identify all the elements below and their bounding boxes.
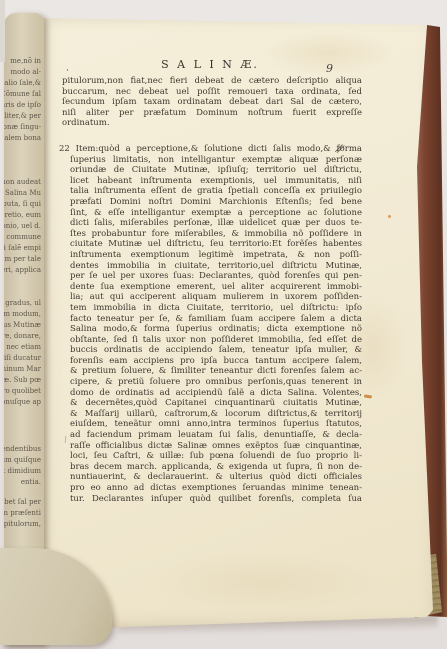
text-line: loci, ſeu Caſtri, & uillæ: ſub pœna ſolu…: [70, 451, 362, 462]
text-line: licet habeant inſtrumenta exemptionis, u…: [70, 176, 362, 187]
text-line: præfati Domini noſtri Domini Marchionis …: [70, 197, 362, 208]
text-line: niſi aliter per præfatum Dominum noſtrum…: [62, 108, 362, 119]
verso-fragment-line: onuſque ap: [4, 398, 41, 406]
verso-fragment-line: uronio, uel d.: [4, 222, 41, 230]
text-line: pitulorum,non fiat,nec fieri debeat de c…: [62, 76, 362, 87]
text-line: & Maſſarij uillarũ, caſtrorum,& locorum …: [70, 409, 362, 420]
text-line: lia; aut qui acciperent aliquam mulierem…: [70, 292, 362, 303]
verso-fragment-line: me,nõ in: [10, 57, 41, 65]
verso-fragment-line: um quiſque: [4, 456, 41, 464]
paper-stain: [148, 552, 378, 612]
verso-fragment-line: pretio, eum: [4, 211, 41, 219]
verso-fragment-line: Salina Mu: [5, 189, 41, 197]
text-line: per ſe uel per uxores ſuas: Declarantes,…: [70, 271, 362, 282]
text-line: talia inſtrumenta eſſent de gratia ſpeti…: [70, 186, 362, 197]
text-line: ad faciendum primam leuatam ſui ſalis, d…: [70, 430, 362, 441]
verso-fragment-line: alem bona: [4, 134, 41, 142]
text-line: bras decem march. applicanda, & exigenda…: [70, 462, 362, 473]
text-line: dicti ſalis, miſerabiles perſonæ, illæ u…: [70, 218, 362, 229]
text-line: eiuſdem, teneãtur omni anno,intra termin…: [70, 419, 362, 430]
text-line: ſtes probabuntur fore miſerabiles, & imm…: [70, 229, 362, 240]
photo-backdrop: ʻ S A L I N Æ. 9 pitulorum,non fiat,nec …: [0, 0, 447, 649]
text-line: ſecundum ipſam taxam ordinatam debeat da…: [62, 97, 362, 108]
verso-fragment-line: e, niſi ducatur: [4, 354, 41, 362]
text-line: & pretium ſoluere, & ſimiliter teneantur…: [70, 366, 362, 377]
foxing-spot: [364, 394, 372, 398]
text-line: 22 Item:quòd a perceptione,& ſolutione d…: [70, 144, 362, 155]
verso-fragment-line: aliter,& per: [4, 112, 41, 120]
text-line: tem immobilia in dicta Ciuitate, territo…: [70, 303, 362, 314]
recto-page: ʻ S A L I N Æ. 9 pitulorum,non fiat,nec …: [28, 12, 442, 632]
text-line: domo de ordinatis ad accipiendũ ſalẽ a d…: [70, 388, 362, 399]
verso-fragment-line: entia.: [21, 478, 41, 486]
paragraph-continuation: pitulorum,non fiat,nec fieri debeat de c…: [62, 76, 362, 129]
text-line: facto teneatur per ſe, & familiam ſuam a…: [70, 314, 362, 325]
verso-fragment-line: ceri, applica: [4, 266, 41, 274]
text-line: buccis ordinatis de accipiendo ſalem, te…: [70, 345, 362, 356]
text-line: & decernẽtes,quòd Capitanei cinquantinar…: [70, 398, 362, 409]
verso-fragment-line: utinæ. Sub pœ: [4, 376, 41, 384]
text-line: pro eo anno ad dictas exemptiones ſeruan…: [70, 483, 362, 494]
paragraph-item-22: 22 Item:quòd a perceptione,& ſolutione d…: [59, 144, 362, 504]
text-line: obſtante, ſed ſi talis uxor non poſſider…: [70, 335, 362, 346]
text-line: inſtrumenta exemptionum legitimè impetra…: [70, 250, 362, 261]
verso-fragment-line: utare, donare,: [4, 332, 41, 340]
text-line: Salina modo,& forma ſuperius ordinatis; …: [70, 324, 362, 335]
text-line: buccarum, nec debeat uel poſſit remoueri…: [62, 87, 362, 98]
verso-fragment-line: um per tale: [4, 255, 41, 263]
verso-fragment-line: cendentibus: [4, 445, 41, 453]
page-number: 9: [326, 62, 333, 75]
text-line: nuntiauerint, & declarauerint. & ulteriu…: [70, 472, 362, 483]
verso-fragment-line: m præſenti: [4, 509, 41, 517]
text-line: dentes immobilia in ciuitate, territorio…: [70, 261, 362, 272]
verso-fragment-line: non audeat: [4, 178, 41, 186]
text-line: ſint, & eſſe intelligantur exemptæ a per…: [70, 208, 362, 219]
verso-fragment-line: alio ſale,&: [4, 79, 41, 87]
text-line: cipere, & pretiũ ſoluere pro omnibus per…: [70, 377, 362, 388]
verso-fragment-line: m commune: [4, 233, 41, 241]
foxing-spot: [388, 215, 391, 218]
verso-fragment-line: onæ ſingu-: [4, 123, 41, 131]
running-header: S A L I N Æ.: [58, 58, 362, 71]
verso-fragment-line: di ſalẽ empi: [4, 244, 41, 252]
text-line: forenſis eam accipiens pro ipſa bucca ta…: [70, 356, 362, 367]
verso-fragment-line: ot dimidium: [4, 467, 41, 475]
text-line: ſuperius limitatis, non intelligantur ex…: [70, 155, 362, 166]
backdrop-gap: [0, 0, 5, 62]
verso-fragment-line: ferre, nec etiam: [4, 343, 41, 351]
text-line: oriundæ de Ciuitate Mutinæ, ipſiuſq; ter…: [70, 165, 362, 176]
verso-fragment-line: Dominum Mar: [4, 365, 41, 373]
text-line: raſſe officialibus dictæ Salinæ omnes ex…: [70, 441, 362, 452]
verso-fragment-line: h. pro quolibet: [4, 387, 41, 395]
verso-fragment-line: quem modum,: [4, 310, 41, 318]
verso-fragment-line: trictus Mutinæ: [4, 321, 41, 329]
text-line: ordinatum.: [62, 118, 362, 129]
verso-fragment-line: puta, ſi qui: [4, 200, 41, 208]
verso-fragment-line: modo al-: [10, 68, 41, 76]
text-line: ciuitate Mutinæ uel diſtrictu, ſeu terri…: [70, 239, 362, 250]
text-line: dente ſua exemptione emerent, uel aliter…: [70, 282, 362, 293]
verso-fragment-line: laris de ipſo: [4, 101, 41, 109]
verso-fragment-line: ebet ſal per: [4, 498, 41, 506]
verso-fragment-line: pitulorum,: [4, 520, 41, 528]
verso-fragment-line: que gradus, ul: [4, 299, 41, 307]
text-line: tur. Declarantes inſuper quòd quilibet f…: [70, 494, 362, 505]
verso-fragment-line: Cõmune ſal: [4, 90, 41, 98]
